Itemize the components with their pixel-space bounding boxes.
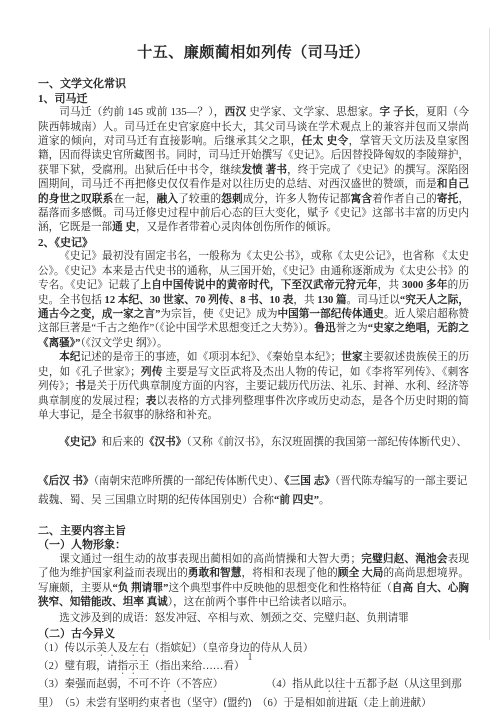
- item-5-6: 里） （5）未尝有坚明约束者也（坚守）(盟约) （6）于是相如前进缻（走上前进献…: [38, 695, 469, 707]
- text-run: 为宗旨，使《史记》成为: [160, 309, 277, 320]
- text-run: 课文通过一组生动的故事表现出蔺相如的高尚情操和大智大勇；: [59, 554, 361, 565]
- heading-shiji: 2、《史记》: [38, 236, 469, 251]
- text-run: 字 子长: [380, 107, 415, 118]
- text-run: 合称: [253, 495, 274, 506]
- text-run: 鲁迅: [314, 323, 335, 334]
- text-run: 。司马迁以: [347, 295, 400, 306]
- scan-artifact-line: [489, 28, 490, 640]
- text-run: 一、文学文化常识: [38, 78, 126, 90]
- text-run: 中国第一部纪传体通史: [278, 309, 384, 320]
- page-title: 十五、廉颇蔺相如列传（司马迁）: [38, 44, 469, 63]
- text-run: 3000 多年: [402, 280, 448, 291]
- text-run: 顾全 大局: [338, 568, 384, 579]
- text-run: 以往: [324, 679, 345, 690]
- document-content: 十五、廉颇蔺相如列传（司马迁） 一、文学文化常识 1、司马迁 司马迁（约前 14…: [0, 0, 500, 707]
- text-run: 表: [146, 396, 157, 407]
- heading-literary-knowledge: 一、文学文化常识: [38, 77, 469, 92]
- text-run: 《史记》: [59, 437, 101, 448]
- text-run: 成分，许多人物传记都: [243, 194, 351, 205]
- text-run: ，共: [378, 280, 402, 291]
- text-run: （6）于是相如: [262, 698, 326, 707]
- text-run: ，共: [293, 295, 317, 306]
- text-run: （《汉文学史 纲》）。: [80, 338, 167, 349]
- text-run: （南朝宋范晔所撰的一部纪传体断代史）、: [94, 475, 285, 487]
- para-shiji-structure: 本纪记述的是帝王的事迹，如《项羽本纪》、《秦始皇本纪》；世家主要叙述贵族侯王的历…: [38, 351, 469, 423]
- text-run: [218, 679, 271, 690]
- text-run: ，又是作者带着心灵肉体创伤所作的倾诉。: [136, 222, 337, 233]
- text-run: 《后汉 书》: [38, 476, 94, 487]
- text-run: 选文涉及到的成语：怒发冲冠、卒相与欢、刎颈之交、完璧归赵、负荆请罪: [59, 613, 409, 624]
- text-run: 世家: [341, 352, 362, 363]
- text-run: （一）人物形象：: [38, 539, 126, 551]
- text-run: “负 荆请罪”: [112, 583, 168, 594]
- text-run: 上自中国传说中的黄帝时代，下至汉武帝元狩元年: [141, 280, 378, 291]
- text-run: 《三国 志》: [284, 475, 335, 487]
- text-run: ），这在前两个事件中已给读者以暗示。: [168, 597, 353, 608]
- page-number: 1: [0, 652, 500, 663]
- text-run: 记述的是帝王的事迹，如《项羽本纪》、《秦始皇本纪》；: [80, 352, 341, 363]
- text-run: 誉之为: [336, 323, 368, 334]
- text-run: （二）古今异义: [38, 628, 115, 640]
- text-run: 完璧归赵、渑池会: [361, 554, 448, 565]
- text-run: （5）未尝有坚明: [64, 698, 138, 707]
- text-run: 融入: [157, 194, 179, 205]
- text-run: 在一起，: [113, 194, 156, 205]
- text-run: 130 篇: [317, 295, 346, 306]
- text-run: 通 史: [112, 222, 136, 233]
- text-run: 里）: [38, 698, 64, 707]
- heading-sima-qian: 1、司马迁: [38, 92, 469, 107]
- text-run: 本纪: [59, 352, 80, 363]
- text-run: 怨刺: [221, 194, 243, 205]
- document-page: 十五、廉颇蔺相如列传（司马迁） 一、文学文化常识 1、司马迁 司马迁（约前 14…: [0, 0, 500, 707]
- heading-character-images: （一）人物形象：: [38, 538, 469, 553]
- para-character-analysis: 课文通过一组生动的故事表现出蔺相如的高尚情操和大智大勇；完璧归赵、渑池会表现了他…: [38, 553, 469, 611]
- text-run: 者也（坚守）: [160, 698, 224, 707]
- text-run: 任太 史令: [302, 136, 349, 147]
- text-run: 十五、廉颇蔺相如列传（司马迁）: [137, 45, 370, 61]
- text-run: 1、司马迁: [38, 93, 88, 105]
- text-run: 史学家、文学家、思想家。: [246, 107, 379, 118]
- text-run: 着作者自己的: [372, 194, 437, 205]
- text-run: （4）指从此: [271, 679, 324, 690]
- text-run: 许: [160, 679, 171, 690]
- text-run: “前 四史”: [274, 495, 319, 506]
- text-run: 二、主要内容主旨: [38, 525, 126, 537]
- text-run: 司马迁（约前 145 或前 135—？），: [59, 107, 224, 118]
- text-run: 《汉书》: [144, 437, 186, 448]
- text-run: 列传: [141, 367, 163, 378]
- text-run: 寄托: [437, 194, 459, 205]
- text-run: 前进: [326, 698, 347, 707]
- text-run: [252, 698, 263, 707]
- para-shiji-intro: 《史记》最初没有固定书名，一般称为《太史公书》，或称《太史公记》，也省称 《太史…: [38, 250, 469, 351]
- text-run: 发愤 著书: [241, 165, 287, 176]
- text-run: 12 本纪、30 世家、70 列传、8 书、10 表: [105, 295, 294, 306]
- item-3-4: （3）秦强而赵弱，不可不许（不答应） （4）指从此以往十五都予赵（从这里到那: [38, 677, 469, 695]
- para-hanshu: 《史记》和后来的《汉书》（又称《前汉书》，东汉班固撰的我国第一部纪传体断代史）、: [38, 435, 469, 450]
- text-run: 和后来的: [102, 437, 144, 448]
- text-run: 缻（走上前进献）: [347, 698, 432, 707]
- text-run: 西汉: [225, 107, 247, 118]
- heading-main-content: 二、主要内容主旨: [38, 524, 469, 539]
- text-run: (盟约): [223, 697, 251, 707]
- text-run: 了较重的: [178, 194, 221, 205]
- text-run: 书: [75, 381, 86, 392]
- text-run: 约束: [139, 698, 160, 707]
- text-run: （3）秦强而赵弱，不可不: [38, 679, 160, 690]
- text-run: ，将相和表现了他的: [241, 568, 337, 579]
- para-idioms: 选文涉及到的成语：怒发冲冠、卒相与欢、刎颈之交、完璧归赵、负荆请罪: [38, 611, 469, 627]
- text-run: 寓含: [351, 194, 373, 205]
- text-run: 这个典型事件中反映他的思想变化和性格特征（: [168, 583, 391, 594]
- text-run: 十五都予赵（从这里到那: [345, 679, 462, 690]
- text-run: （不答应）: [170, 679, 218, 690]
- para-first-four-histories: 《后汉 书》（南朝宋范晔所撰的一部纪传体断代史）、《三国 志》（晋代陈寿编写的一…: [38, 472, 469, 511]
- text-run: 2、《史记》: [38, 237, 93, 249]
- heading-gujin-yiyi: （二）古今异义: [38, 627, 469, 642]
- text-run: （又称《前汉书》，东汉班固撰的我国第一部纪传体断代史）、: [186, 436, 467, 448]
- text-run: 。: [319, 495, 330, 506]
- para-sima-qian-bio: 司马迁（约前 145 或前 135—？），西汉 史学家、文学家、思想家。字 子长…: [38, 106, 469, 236]
- text-run: 勇敢和智慧: [188, 568, 242, 579]
